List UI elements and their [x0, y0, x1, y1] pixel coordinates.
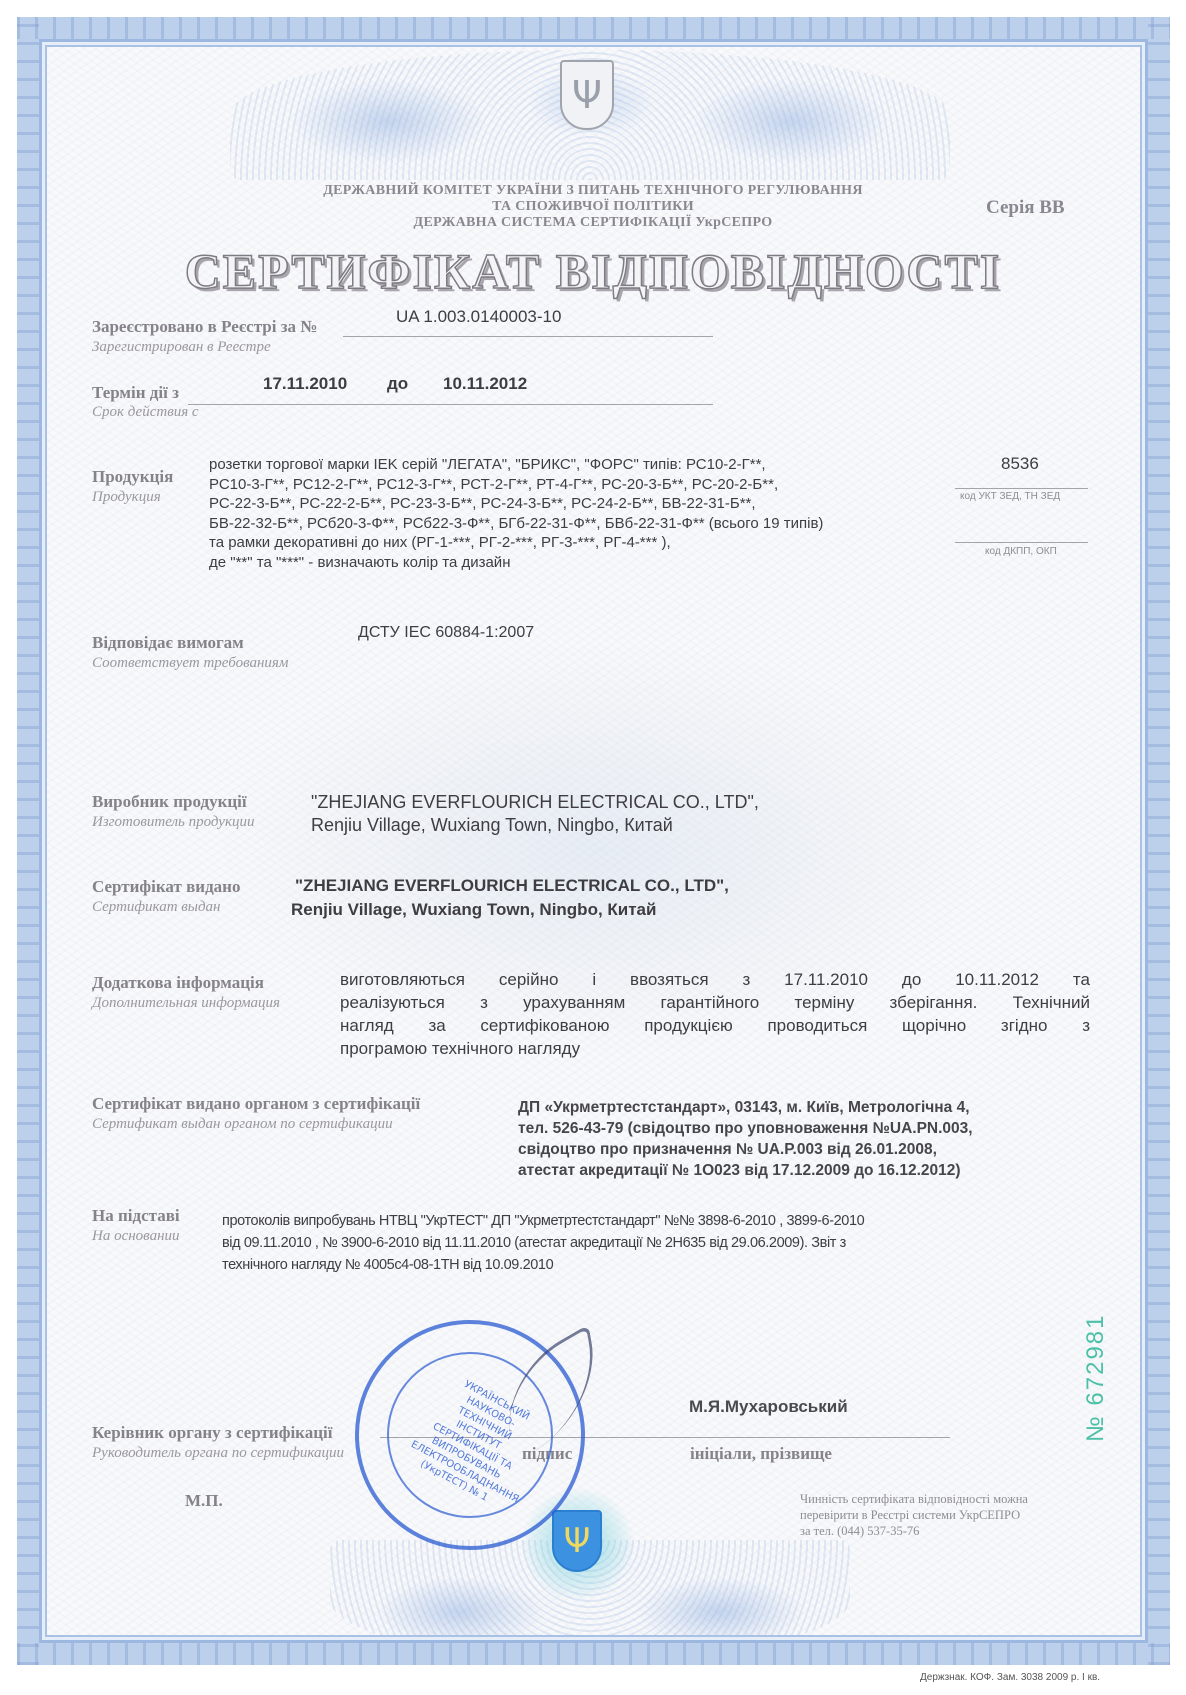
issuing-body-line: атестат акредитації № 1О023 від 17.12.20…	[518, 1160, 973, 1181]
name-caption: ініціали, прізвище	[690, 1444, 832, 1464]
series-label: Серія ВВ	[986, 197, 1065, 219]
product-description: розетки торгової марки IEK серій "ЛЕГАТА…	[209, 455, 823, 572]
manufacturer-name: "ZHEJIANG EVERFLOURICH ELECTRICAL CO., L…	[311, 792, 759, 813]
printer-note: Держзнак. КОФ. Зам. 3038 2009 р. І кв.	[920, 1672, 1100, 1683]
validity-label: Термін дії з	[92, 383, 179, 403]
verification-line: за тел. (044) 537-35-76	[800, 1523, 1028, 1539]
signatory-name: М.Я.Мухаровський	[689, 1397, 848, 1417]
issued-to-address: Renjiu Village, Wuxiang Town, Ningbo, Ки…	[291, 900, 656, 920]
trident-icon: Ψ	[564, 1524, 591, 1558]
stamp-place-label: М.П.	[185, 1491, 223, 1511]
basis-line: від 09.11.2010 , № 3900-6-2010 від 11.11…	[222, 1232, 864, 1254]
product-line: та рамки декоративні до них (РГ-1-***, Р…	[209, 533, 823, 553]
issuing-body-text: ДП «Укрметртестстандарт», 03143, м. Київ…	[518, 1097, 973, 1181]
uktzed-code: 8536	[1001, 454, 1039, 474]
serial-number: № 672981	[1082, 1314, 1112, 1443]
head-of-body-label-ru: Руководитель органа по сертификации	[92, 1445, 344, 1462]
validity-label-ru: Срок действия с	[92, 404, 199, 421]
issuing-body-line: тел. 526-43-79 (свідоцтво про уповноваже…	[518, 1118, 973, 1139]
issued-to-label: Сертифікат видано	[92, 877, 240, 897]
dkpp-underline	[955, 542, 1088, 543]
manufacturer-label: Виробник продукції	[92, 792, 247, 812]
basis-label: На підставі	[92, 1206, 180, 1226]
validity-from: 17.11.2010	[263, 374, 347, 394]
issuing-body-line: ДП «Укрметртестстандарт», 03143, м. Київ…	[518, 1097, 973, 1118]
document-title: СЕРТИФІКАТ ВІДПОВІДНОСТІ	[0, 242, 1186, 300]
basis-line: протоколів випробувань НТВЦ "УкрТЕСТ" ДП…	[222, 1210, 864, 1232]
validity-to-word: до	[387, 374, 408, 394]
additional-line: програмою технічного нагляду	[340, 1037, 1090, 1060]
additional-info-text: виготовляються серійно і ввозяться з 17.…	[340, 968, 1090, 1060]
validity-to: 10.11.2012	[443, 374, 527, 394]
uktzed-underline	[955, 488, 1088, 489]
issuing-body-line: свідоцтво про призначення № UA.P.003 від…	[518, 1139, 973, 1160]
issuing-body-label: Сертифікат видано органом з сертифікації	[92, 1094, 420, 1114]
product-line: БВ-22-32-Б**, РСб20-3-Ф**, РСб22-3-Ф**, …	[209, 514, 823, 534]
manufacturer-label-ru: Изготовитель продукции	[92, 814, 254, 831]
product-line: розетки торгової марки IEK серій "ЛЕГАТА…	[209, 455, 823, 475]
basis-text: протоколів випробувань НТВЦ "УкрТЕСТ" ДП…	[222, 1210, 864, 1276]
additional-info-label: Додаткова інформація	[92, 973, 264, 993]
verification-note: Чинність сертифіката відповідності можна…	[800, 1491, 1028, 1539]
dkpp-caption: код ДКПП, ОКП	[985, 546, 1057, 557]
registry-label-ru: Зарегистрирован в Реестре	[92, 339, 271, 356]
validity-underline	[188, 404, 713, 405]
coat-of-arms-icon: Ψ	[560, 60, 614, 130]
product-label: Продукція	[92, 467, 173, 487]
verification-line: Чинність сертифіката відповідності можна	[800, 1491, 1028, 1507]
additional-line: виготовляються серійно і ввозяться з 17.…	[340, 968, 1090, 991]
basis-line: технічного нагляду № 4005с4-08-1ТН від 1…	[222, 1254, 864, 1276]
standard-value: ДСТУ IEC 60884-1:2007	[358, 624, 534, 642]
registry-underline	[343, 336, 713, 337]
conforms-label: Відповідає вимогам	[92, 633, 244, 653]
verification-line: перевірити в Реєстрі системи УкрСЕПРО	[800, 1507, 1028, 1523]
product-line: де "**" та "***" - визначають колір та д…	[209, 553, 823, 573]
manufacturer-address: Renjiu Village, Wuxiang Town, Ningbo, Ки…	[311, 815, 673, 836]
additional-line: реалізуються з урахуванням гарантійного …	[340, 991, 1090, 1014]
head-of-body-label: Керівник органу з сертифікації	[92, 1423, 332, 1443]
registry-label: Зареєстровано в Реєстрі за №	[92, 317, 317, 337]
additional-info-label-ru: Дополнительная информация	[92, 995, 280, 1012]
issuing-body-label-ru: Сертификат выдан органом по сертификации	[92, 1116, 393, 1133]
conforms-label-ru: Соответствует требованиям	[92, 655, 288, 672]
basis-label-ru: На основании	[92, 1228, 180, 1245]
product-line: РС10-3-Г**, РС12-2-Г**, РС12-3-Г**, РСТ-…	[209, 475, 823, 495]
trident-icon: Ψ	[572, 76, 602, 114]
registry-number: UA 1.003.0140003-10	[396, 307, 561, 327]
uktzed-caption: код УКТ ЗЕД, ТН ЗЕД	[960, 491, 1060, 502]
product-label-ru: Продукция	[92, 489, 161, 506]
issued-to-name: "ZHEJIANG EVERFLOURICH ELECTRICAL CO., L…	[295, 876, 729, 896]
additional-line: нагляд за сертифікованою продукцією пров…	[340, 1014, 1090, 1037]
hologram-coat-of-arms-icon: Ψ	[552, 1510, 602, 1572]
product-line: РС-22-3-Б**, РС-22-2-Б**, РС-23-3-Б**, Р…	[209, 494, 823, 514]
issued-to-label-ru: Сертификат выдан	[92, 899, 220, 916]
